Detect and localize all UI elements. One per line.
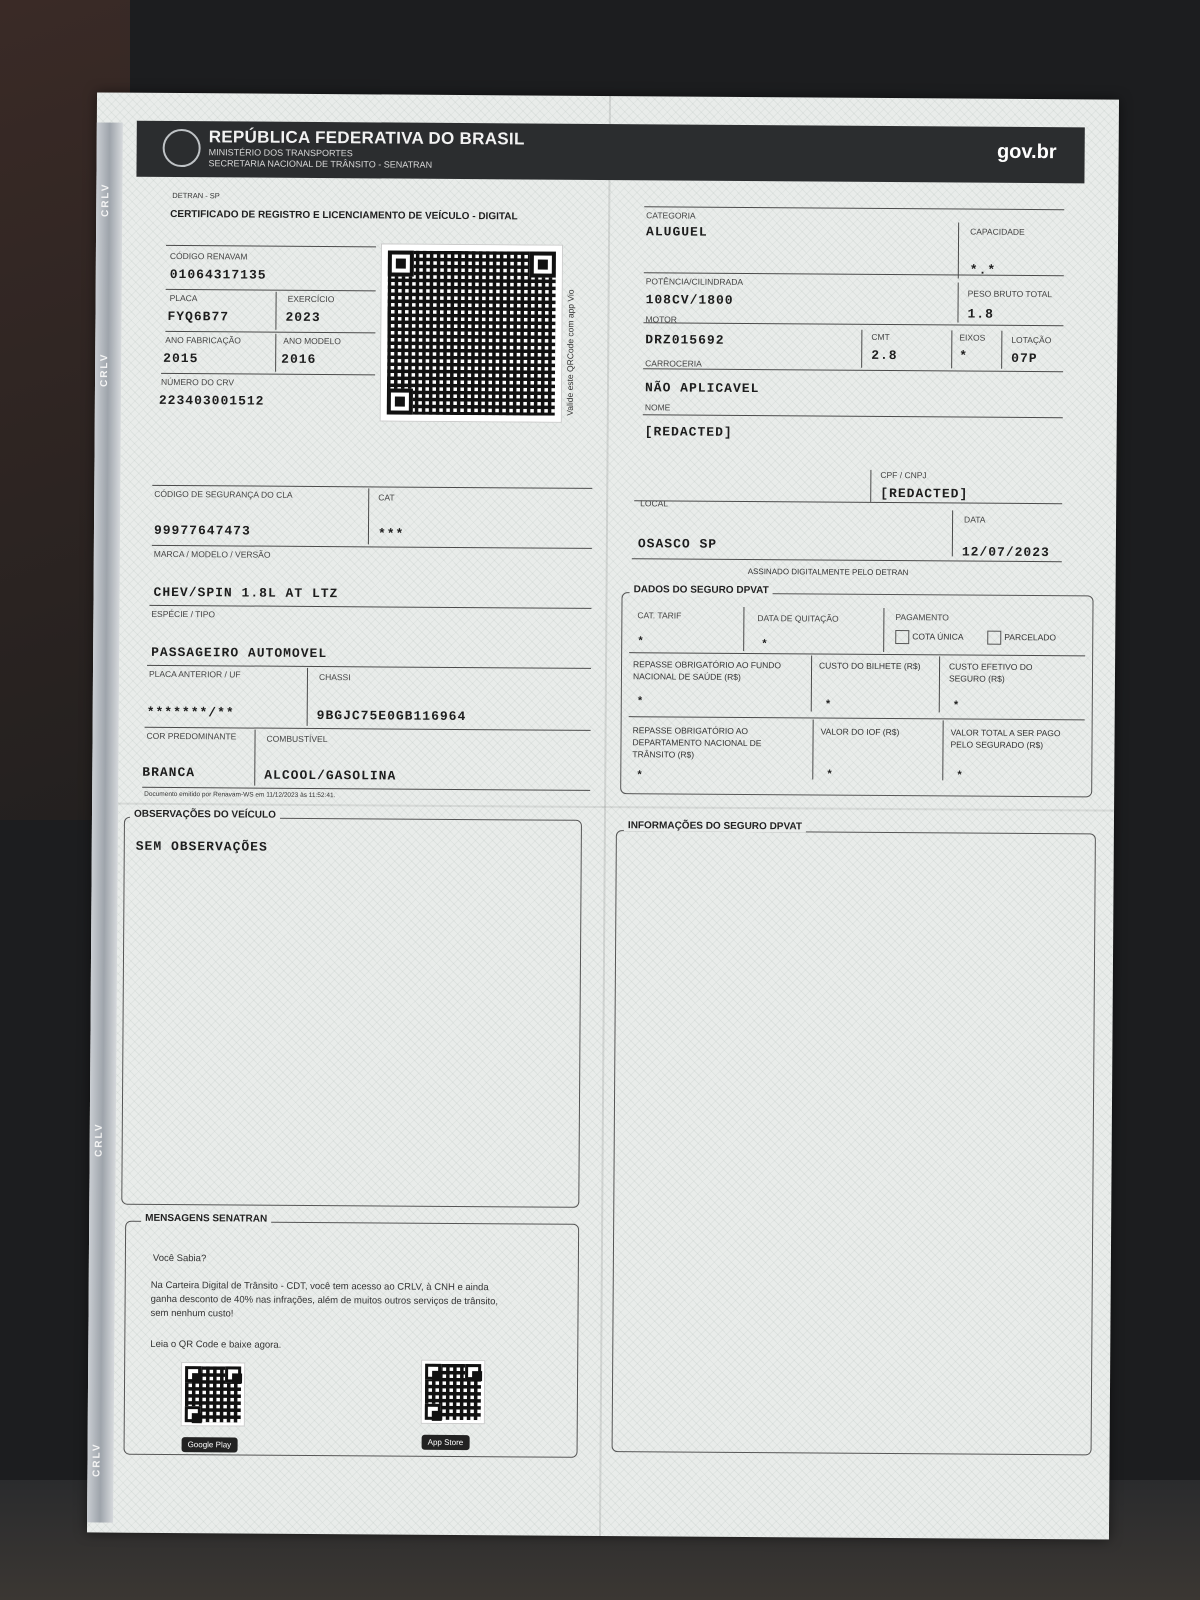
carroceria-value: NÃO APLICAVEL [645,380,760,396]
observations-text: SEM OBSERVAÇÕES [136,839,268,855]
header-secretariat: SECRETARIA NACIONAL DE TRÂNSITO - SENATR… [209,158,433,170]
observations-box [121,817,582,1208]
peso-bruto-value: 1.8 [967,307,994,322]
renavam-value: 01064317135 [170,267,267,283]
dpvat-title: DADOS DO SEGURO DPVAT [630,584,773,596]
app-store-badge[interactable]: App Store [422,1435,470,1450]
dpvat-info-title: INFORMAÇÕES DO SEGURO DPVAT [624,820,806,832]
dpvat-box [620,592,1093,797]
qr-caption: Valide este QRCode com app Vio [565,289,576,415]
cat-value: *** [378,526,405,541]
ano-fabricacao-value: 2015 [163,351,198,366]
signature-note: ASSINADO DIGITALMENTE PELO DETRAN [748,567,909,577]
owner-name-value: [REDACTED] [645,424,733,440]
document-header: REPÚBLICA FEDERATIVA DO BRASIL MINISTÉRI… [136,121,1084,184]
cor-value: BRANCA [142,765,195,780]
google-play-qr-code[interactable] [182,1363,244,1425]
app-store-qr-code[interactable] [422,1361,484,1423]
eixos-value: * [959,348,968,363]
owner-cpf-value: [REDACTED] [880,486,968,502]
chassi-value: 9BGJC75E0GB116964 [317,708,467,724]
messages-heading: Você Sabia? [153,1253,206,1264]
header-ministry: MINISTÉRIO DOS TRANSPORTES [209,147,353,158]
document-title: CERTIFICADO DE REGISTRO E LICENCIAMENTO … [170,209,517,222]
validation-qr-code[interactable] [381,244,562,421]
govbr-logo: gov.br [997,141,1057,164]
coat-of-arms-icon [163,129,201,167]
potencia-value: 108CV/1800 [646,292,734,308]
marca-modelo-value: CHEV/SPIN 1.8L AT LTZ [153,585,338,601]
date-value: 12/07/2023 [962,544,1050,560]
payment-option-parcelado[interactable]: PARCELADO [987,631,1056,645]
local-value: OSASCO SP [638,536,717,552]
crv-value: 223403001512 [159,393,265,409]
exercicio-value: 2023 [285,310,320,325]
lotacao-value: 07P [1011,351,1038,366]
combustivel-value: ALCOOL/GASOLINA [264,768,396,784]
google-play-badge[interactable]: Google Play [182,1437,238,1452]
observations-title: OBSERVAÇÕES DO VEÍCULO [130,809,280,821]
motor-value: DRZ015692 [645,332,724,348]
checkbox-icon [895,630,909,644]
checkbox-icon [987,631,1001,645]
fold-line-vertical [599,96,611,1536]
messages-body: Na Carteira Digital de Trânsito - CDT, v… [150,1279,510,1324]
codigo-seguranca-value: 99977647473 [154,523,251,539]
payment-option-cota-unica[interactable]: COTA ÚNICA [895,630,963,644]
cmt-value: 2.8 [871,348,898,363]
placa-anterior-value: *******/** [147,705,235,721]
crlv-document: CRLV CRLV CRLV CRLV REPÚBLICA FEDERATIVA… [87,92,1119,1539]
ano-modelo-value: 2016 [281,352,316,367]
header-title: REPÚBLICA FEDERATIVA DO BRASIL [209,127,525,149]
categoria-value: ALUGUEL [646,224,708,239]
messages-cta: Leia o QR Code e baixe agora. [150,1339,281,1351]
issued-note: Documento emitido por Renavam-WS em 11/1… [144,791,335,799]
placa-value: FYQ6B77 [167,309,229,324]
detran-label: DETRAN - SP [172,191,220,200]
especie-tipo-value: PASSAGEIRO AUTOMOVEL [151,645,327,661]
senatran-messages-title: MENSAGENS SENATRAN [141,1213,271,1225]
dpvat-info-box [612,830,1096,1455]
